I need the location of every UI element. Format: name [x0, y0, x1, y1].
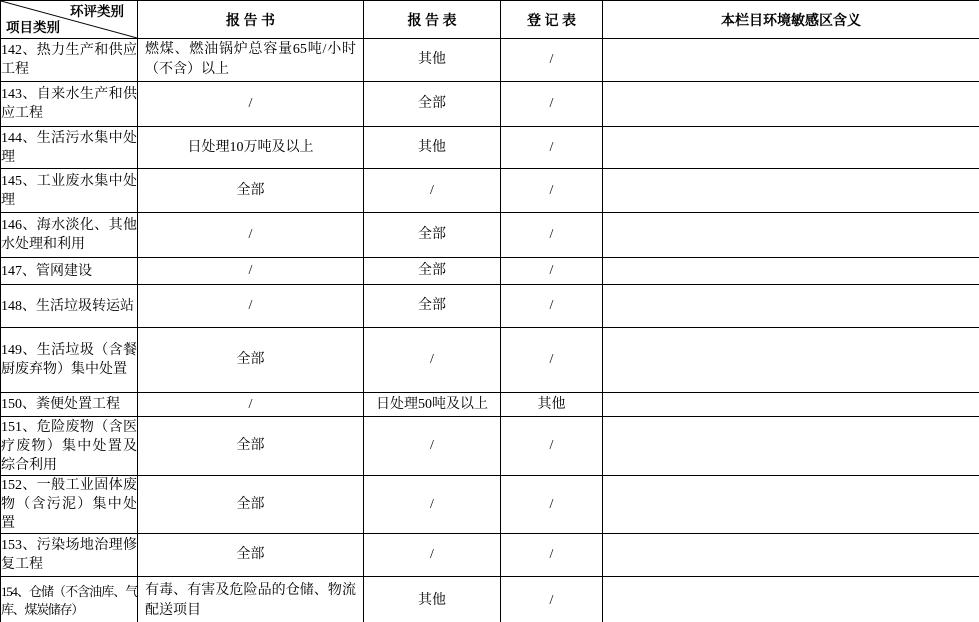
header-report-form: 报 告 表: [364, 1, 501, 39]
sensitive-area-cell: [603, 577, 979, 622]
header-report-book: 报 告 书: [138, 1, 364, 39]
report-form-cell: /: [364, 534, 501, 577]
registration-form-cell: /: [501, 82, 603, 127]
project-category-cell: 153、污染场地治理修复工程: [1, 534, 138, 577]
project-category-cell: 151、危险废物（含医疗废物）集中处置及综合利用: [1, 417, 138, 476]
registration-form-cell: /: [501, 417, 603, 476]
registration-form-cell: /: [501, 577, 603, 622]
table-row: 151、危险废物（含医疗废物）集中处置及综合利用 全部 / /: [1, 417, 979, 476]
sensitive-area-cell: [603, 417, 979, 476]
project-category-cell: 145、工业废水集中处理: [1, 169, 138, 213]
report-book-cell: 全部: [138, 328, 364, 393]
sensitive-area-cell: [603, 476, 979, 534]
report-book-cell: 日处理10万吨及以上: [138, 127, 364, 169]
registration-form-cell: 其他: [501, 393, 603, 417]
report-form-cell: 其他: [364, 39, 501, 82]
table-row: 146、海水淡化、其他水处理和利用 / 全部 /: [1, 213, 979, 258]
project-category-cell: 149、生活垃圾（含餐厨废弃物）集中处置: [1, 328, 138, 393]
report-form-cell: 全部: [364, 285, 501, 328]
report-form-cell: /: [364, 476, 501, 534]
table-row: 145、工业废水集中处理 全部 / /: [1, 169, 979, 213]
report-form-cell: 其他: [364, 127, 501, 169]
registration-form-cell: /: [501, 127, 603, 169]
table-row: 154、仓储（不含油库、气库、煤炭储存） 有毒、有害及危险品的仓储、物流配送项目…: [1, 577, 979, 622]
corner-header-cell: 环评类别 项目类别: [1, 1, 138, 39]
report-book-cell: /: [138, 82, 364, 127]
corner-bottom-label: 项目类别: [6, 20, 60, 35]
table-row: 149、生活垃圾（含餐厨废弃物）集中处置 全部 / /: [1, 328, 979, 393]
report-book-cell: 全部: [138, 534, 364, 577]
header-registration-form: 登 记 表: [501, 1, 603, 39]
report-book-cell: 全部: [138, 169, 364, 213]
header-sensitive-area: 本栏目环境敏感区含义: [603, 1, 979, 39]
eia-category-table: 环评类别 项目类别 报 告 书 报 告 表 登 记 表 本栏目环境敏感区含义 1…: [0, 0, 979, 622]
report-book-cell: /: [138, 393, 364, 417]
project-category-cell: 147、管网建设: [1, 258, 138, 285]
report-form-cell: 日处理50吨及以上: [364, 393, 501, 417]
table-body: 142、热力生产和供应工程 燃煤、燃油锅炉总容量65吨/小时（不含）以上 其他 …: [1, 39, 979, 622]
table-row: 150、粪便处置工程 / 日处理50吨及以上 其他: [1, 393, 979, 417]
table-row: 144、生活污水集中处理 日处理10万吨及以上 其他 /: [1, 127, 979, 169]
project-category-cell: 150、粪便处置工程: [1, 393, 138, 417]
registration-form-cell: /: [501, 534, 603, 577]
sensitive-area-cell: [603, 393, 979, 417]
sensitive-area-cell: [603, 328, 979, 393]
sensitive-area-cell: [603, 285, 979, 328]
sensitive-area-cell: [603, 39, 979, 82]
registration-form-cell: /: [501, 285, 603, 328]
registration-form-cell: /: [501, 476, 603, 534]
report-form-cell: 全部: [364, 82, 501, 127]
sensitive-area-cell: [603, 82, 979, 127]
project-category-cell: 146、海水淡化、其他水处理和利用: [1, 213, 138, 258]
registration-form-cell: /: [501, 169, 603, 213]
sensitive-area-cell: [603, 534, 979, 577]
report-form-cell: 全部: [364, 213, 501, 258]
project-category-cell: 143、自来水生产和供应工程: [1, 82, 138, 127]
sensitive-area-cell: [603, 127, 979, 169]
project-category-cell: 142、热力生产和供应工程: [1, 39, 138, 82]
project-category-cell: 144、生活污水集中处理: [1, 127, 138, 169]
report-book-cell: /: [138, 258, 364, 285]
report-form-cell: /: [364, 169, 501, 213]
report-book-cell: 有毒、有害及危险品的仓储、物流配送项目: [138, 577, 364, 622]
table-row: 143、自来水生产和供应工程 / 全部 /: [1, 82, 979, 127]
table-row: 142、热力生产和供应工程 燃煤、燃油锅炉总容量65吨/小时（不含）以上 其他 …: [1, 39, 979, 82]
table-row: 147、管网建设 / 全部 /: [1, 258, 979, 285]
report-book-cell: /: [138, 213, 364, 258]
table-row: 153、污染场地治理修复工程 全部 / /: [1, 534, 979, 577]
sensitive-area-cell: [603, 213, 979, 258]
report-form-cell: 其他: [364, 577, 501, 622]
report-form-cell: 全部: [364, 258, 501, 285]
registration-form-cell: /: [501, 213, 603, 258]
sensitive-area-cell: [603, 169, 979, 213]
header-row: 环评类别 项目类别 报 告 书 报 告 表 登 记 表 本栏目环境敏感区含义: [1, 1, 979, 39]
report-form-cell: /: [364, 417, 501, 476]
sensitive-area-cell: [603, 258, 979, 285]
registration-form-cell: /: [501, 328, 603, 393]
registration-form-cell: /: [501, 39, 603, 82]
table-row: 152、一般工业固体废物（含污泥）集中处置 全部 / /: [1, 476, 979, 534]
report-form-cell: /: [364, 328, 501, 393]
registration-form-cell: /: [501, 258, 603, 285]
project-category-cell: 152、一般工业固体废物（含污泥）集中处置: [1, 476, 138, 534]
report-book-cell: 燃煤、燃油锅炉总容量65吨/小时（不含）以上: [138, 39, 364, 82]
corner-top-label: 环评类别: [70, 4, 124, 19]
report-book-cell: 全部: [138, 476, 364, 534]
project-category-cell: 148、生活垃圾转运站: [1, 285, 138, 328]
project-category-cell: 154、仓储（不含油库、气库、煤炭储存）: [1, 577, 138, 622]
report-book-cell: /: [138, 285, 364, 328]
report-book-cell: 全部: [138, 417, 364, 476]
table-row: 148、生活垃圾转运站 / 全部 /: [1, 285, 979, 328]
